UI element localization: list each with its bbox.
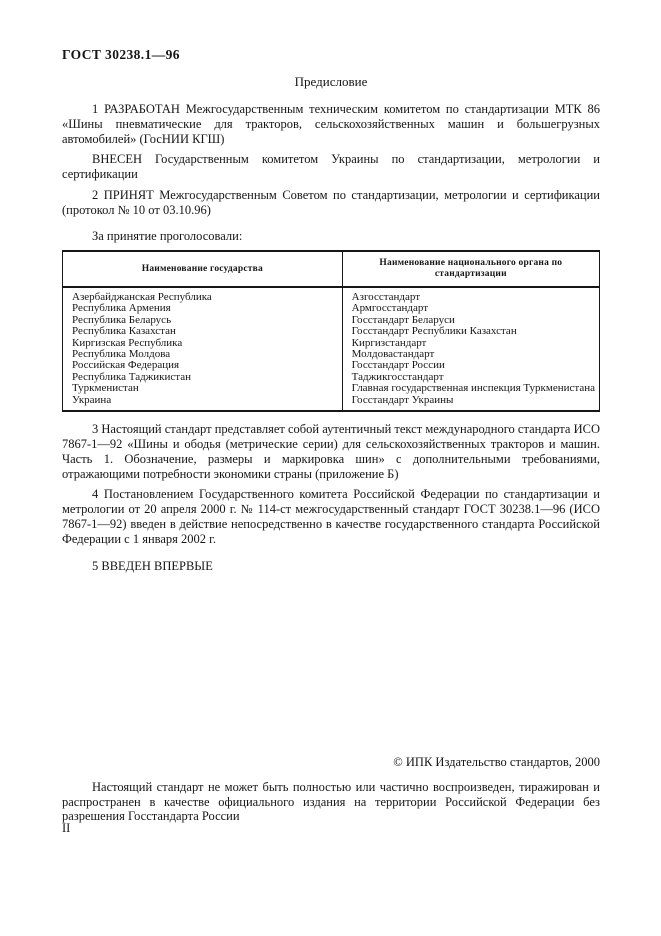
body-cell: Госстандарт Беларуси	[342, 315, 599, 326]
country-cell: Республика Беларусь	[63, 315, 343, 326]
country-cell: Азербайджанская Республика	[63, 287, 343, 303]
page-number: II	[62, 821, 70, 836]
body-cell: Госстандарт Украины	[342, 395, 599, 411]
vote-table-body: Азербайджанская Республика Азгосстандарт…	[63, 287, 600, 411]
country-cell: Туркменистан	[63, 383, 343, 394]
paragraph-submitted: ВНЕСЕН Государственным комитетом Украины…	[62, 152, 600, 182]
country-cell: Республика Молдова	[63, 349, 343, 360]
table-row: Киргизская Республика Киргизстандарт	[63, 338, 600, 349]
page-content: ГОСТ 30238.1—96 Предисловие 1 РАЗРАБОТАН…	[62, 0, 600, 574]
table-row: Республика Молдова Молдовастандарт	[63, 349, 600, 360]
paragraph-developed: 1 РАЗРАБОТАН Межгосударственным техничес…	[62, 102, 600, 147]
table-row: Туркменистан Главная государственная инс…	[63, 383, 600, 394]
country-cell: Украина	[63, 395, 343, 411]
body-cell: Госстандарт России	[342, 360, 599, 371]
country-cell: Киргизская Республика	[63, 338, 343, 349]
reproduction-notice: Настоящий стандарт не может быть полност…	[62, 780, 600, 824]
body-cell: Азгосстандарт	[342, 287, 599, 303]
paragraph-vote-intro: За принятие проголосовали:	[62, 229, 600, 244]
country-cell: Республика Казахстан	[63, 326, 343, 337]
body-cell: Молдовастандарт	[342, 349, 599, 360]
table-row: Республика Казахстан Госстандарт Республ…	[63, 326, 600, 337]
body-cell: Госстандарт Республики Казахстан	[342, 326, 599, 337]
foreword-title: Предисловие	[62, 74, 600, 89]
table-row: Российская Федерация Госстандарт России	[63, 360, 600, 371]
doc-code: ГОСТ 30238.1—96	[62, 47, 600, 62]
country-cell: Российская Федерация	[63, 360, 343, 371]
body-cell: Главная государственная инспекция Туркме…	[342, 383, 599, 394]
country-cell: Республика Таджикистан	[63, 372, 343, 383]
vote-table: Наименование государства Наименование на…	[62, 250, 600, 412]
paragraph-authentic-text: 3 Настоящий стандарт представляет собой …	[62, 422, 600, 482]
table-row: Украина Госстандарт Украины	[63, 395, 600, 411]
header-country: Наименование государства	[63, 251, 343, 287]
copyright-line: © ИПК Издательство стандартов, 2000	[393, 755, 600, 770]
body-cell: Армгосстандарт	[342, 303, 599, 314]
body-cell: Киргизстандарт	[342, 338, 599, 349]
table-header-row: Наименование государства Наименование на…	[63, 251, 600, 287]
table-row: Республика Беларусь Госстандарт Беларуси	[63, 315, 600, 326]
table-row: Республика Таджикистан Таджикгосстандарт	[63, 372, 600, 383]
header-body: Наименование национального органа по ста…	[342, 251, 599, 287]
table-row: Республика Армения Армгосстандарт	[63, 303, 600, 314]
vote-table-head: Наименование государства Наименование на…	[63, 251, 600, 287]
paragraph-adopted: 2 ПРИНЯТ Межгосударственным Советом по с…	[62, 188, 600, 218]
table-row: Азербайджанская Республика Азгосстандарт	[63, 287, 600, 303]
paragraph-decree: 4 Постановлением Государственного комите…	[62, 487, 600, 547]
document-page: ГОСТ 30238.1—96 Предисловие 1 РАЗРАБОТАН…	[0, 0, 661, 936]
body-cell: Таджикгосстандарт	[342, 372, 599, 383]
country-cell: Республика Армения	[63, 303, 343, 314]
paragraph-introduced-first: 5 ВВЕДЕН ВПЕРВЫЕ	[62, 559, 600, 574]
